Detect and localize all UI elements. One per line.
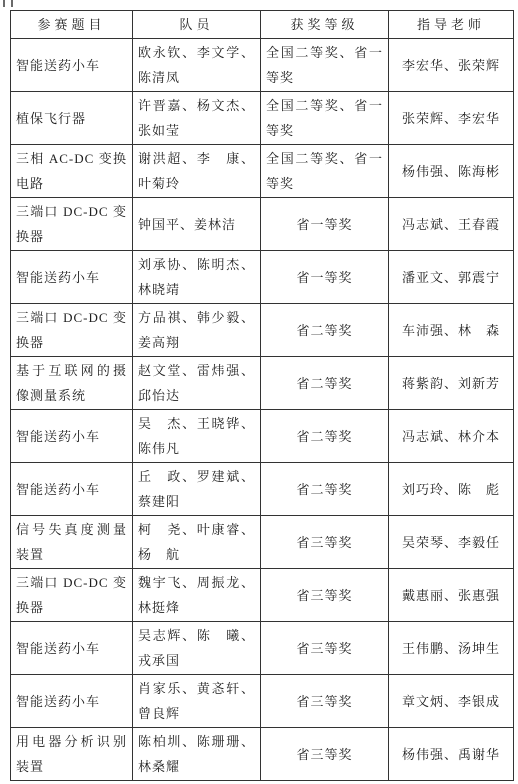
teachers-cell: 冯志斌、王春霞: [389, 198, 514, 251]
award-cell: 省二等奖: [261, 304, 389, 357]
topic-cell: 信号失真度测量装置: [11, 516, 133, 569]
award-cell: 省三等奖: [261, 675, 389, 728]
table-row: 智能送药小车吴志辉、陈 曦、戎承国省三等奖王伟鹏、汤坤生: [11, 622, 514, 675]
award-cell: 全国二等奖、省一等奖: [261, 39, 389, 92]
teachers-cell: 章文炳、李银成: [389, 675, 514, 728]
awards-table: 参赛题目 队员 获奖等级 指导老师 智能送药小车欧永钦、李文学、陈清凤全国二等奖…: [10, 10, 514, 781]
topic-cell: 基于互联网的摄像测量系统: [11, 357, 133, 410]
members-cell: 肖家乐、黄忞轩、曾良辉: [133, 675, 261, 728]
topic-cell: 智能送药小车: [11, 675, 133, 728]
table-row: 三端口 DC-DC 变换器钟国平、姜林洁省一等奖冯志斌、王春霞: [11, 198, 514, 251]
teachers-cell: 戴惠丽、张惠强: [389, 569, 514, 622]
teachers-cell: 王伟鹏、汤坤生: [389, 622, 514, 675]
column-header-teachers: 指导老师: [389, 11, 514, 39]
table-body: 智能送药小车欧永钦、李文学、陈清凤全国二等奖、省一等奖李宏华、张荣辉植保飞行器许…: [11, 39, 514, 781]
table-row: 智能送药小车刘承协、陈明杰、林晓靖省一等奖潘亚文、郭震宁: [11, 251, 514, 304]
award-cell: 省三等奖: [261, 622, 389, 675]
table-row: 基于互联网的摄像测量系统赵文堂、雷炜强、邱怡达省二等奖蒋紫韵、刘新芳: [11, 357, 514, 410]
teachers-cell: 杨伟强、陈海彬: [389, 145, 514, 198]
column-header-award: 获奖等级: [261, 11, 389, 39]
members-cell: 吴志辉、陈 曦、戎承国: [133, 622, 261, 675]
topic-cell: 智能送药小车: [11, 39, 133, 92]
column-header-members: 队员: [133, 11, 261, 39]
award-cell: 省三等奖: [261, 569, 389, 622]
topic-cell: 用电器分析识别装置: [11, 728, 133, 781]
award-cell: 省三等奖: [261, 516, 389, 569]
teachers-cell: 潘亚文、郭震宁: [389, 251, 514, 304]
table-row: 智能送药小车欧永钦、李文学、陈清凤全国二等奖、省一等奖李宏华、张荣辉: [11, 39, 514, 92]
award-cell: 省二等奖: [261, 410, 389, 463]
table-row: 智能送药小车吴 杰、王晓铧、陈伟凡省二等奖冯志斌、林介本: [11, 410, 514, 463]
members-cell: 谢洪超、李 康、叶菊玲: [133, 145, 261, 198]
members-cell: 赵文堂、雷炜强、邱怡达: [133, 357, 261, 410]
table-row: 智能送药小车丘 政、罗建斌、蔡建阳省二等奖刘巧玲、陈 彪: [11, 463, 514, 516]
members-cell: 陈柏圳、陈珊珊、林桑耀: [133, 728, 261, 781]
teachers-cell: 蒋紫韵、刘新芳: [389, 357, 514, 410]
members-cell: 欧永钦、李文学、陈清凤: [133, 39, 261, 92]
table-row: 用电器分析识别装置陈柏圳、陈珊珊、林桑耀省三等奖杨伟强、禹谢华: [11, 728, 514, 781]
table-row: 植保飞行器许晋嘉、杨文杰、张如莹全国二等奖、省一等奖张荣辉、李宏华: [11, 92, 514, 145]
award-cell: 省一等奖: [261, 251, 389, 304]
topic-cell: 三端口 DC-DC 变换器: [11, 198, 133, 251]
award-cell: 省一等奖: [261, 198, 389, 251]
members-cell: 方品祺、韩少毅、姜高翔: [133, 304, 261, 357]
members-cell: 柯 尧、叶康睿、杨 航: [133, 516, 261, 569]
table-row: 三端口 DC-DC 变换器魏宇飞、周振龙、林挺烽省三等奖戴惠丽、张惠强: [11, 569, 514, 622]
column-header-topic: 参赛题目: [11, 11, 133, 39]
members-cell: 丘 政、罗建斌、蔡建阳: [133, 463, 261, 516]
topic-cell: 智能送药小车: [11, 251, 133, 304]
topic-cell: 植保飞行器: [11, 92, 133, 145]
topic-cell: 三相 AC-DC 变换电路: [11, 145, 133, 198]
award-cell: 省二等奖: [261, 463, 389, 516]
members-cell: 钟国平、姜林洁: [133, 198, 261, 251]
teachers-cell: 车沛强、林 森: [389, 304, 514, 357]
table-row: 三端口 DC-DC 变换器方品祺、韩少毅、姜高翔省二等奖车沛强、林 森: [11, 304, 514, 357]
topic-cell: 智能送药小车: [11, 622, 133, 675]
document-page: 参赛题目 队员 获奖等级 指导老师 智能送药小车欧永钦、李文学、陈清凤全国二等奖…: [0, 0, 518, 784]
award-cell: 全国二等奖、省一等奖: [261, 92, 389, 145]
members-cell: 刘承协、陈明杰、林晓靖: [133, 251, 261, 304]
members-cell: 吴 杰、王晓铧、陈伟凡: [133, 410, 261, 463]
table-row: 三相 AC-DC 变换电路谢洪超、李 康、叶菊玲全国二等奖、省一等奖杨伟强、陈海…: [11, 145, 514, 198]
topic-cell: 三端口 DC-DC 变换器: [11, 569, 133, 622]
scan-artifact-stroke: [11, 0, 13, 7]
members-cell: 许晋嘉、杨文杰、张如莹: [133, 92, 261, 145]
scan-artifact-stroke: [3, 0, 5, 7]
header-row: 参赛题目 队员 获奖等级 指导老师: [11, 11, 514, 39]
award-cell: 省三等奖: [261, 728, 389, 781]
table-row: 信号失真度测量装置柯 尧、叶康睿、杨 航省三等奖吴荣琴、李毅任: [11, 516, 514, 569]
topic-cell: 智能送药小车: [11, 410, 133, 463]
teachers-cell: 冯志斌、林介本: [389, 410, 514, 463]
teachers-cell: 李宏华、张荣辉: [389, 39, 514, 92]
topic-cell: 智能送药小车: [11, 463, 133, 516]
table-row: 智能送药小车肖家乐、黄忞轩、曾良辉省三等奖章文炳、李银成: [11, 675, 514, 728]
award-cell: 全国二等奖、省一等奖: [261, 145, 389, 198]
award-cell: 省二等奖: [261, 357, 389, 410]
teachers-cell: 杨伟强、禹谢华: [389, 728, 514, 781]
teachers-cell: 张荣辉、李宏华: [389, 92, 514, 145]
teachers-cell: 吴荣琴、李毅任: [389, 516, 514, 569]
teachers-cell: 刘巧玲、陈 彪: [389, 463, 514, 516]
members-cell: 魏宇飞、周振龙、林挺烽: [133, 569, 261, 622]
topic-cell: 三端口 DC-DC 变换器: [11, 304, 133, 357]
